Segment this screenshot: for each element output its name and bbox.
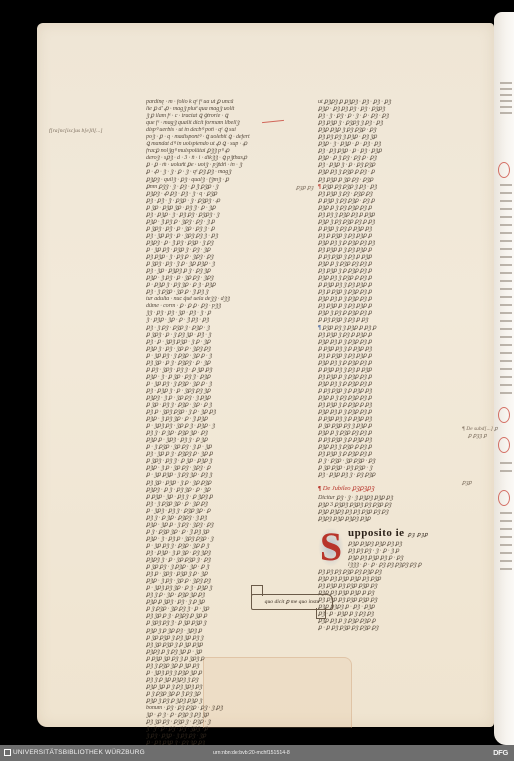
text-line: ꝑꝫꝑ · ꝫ ꝑꝫ · ꝫꝑ ꝑ · ꝫꝑꝫ ꝑꝫ [146,578,294,585]
initial-block: S upposito ie ꝑꝫ ꝑꝫꝑ ꝑꝫꝑ ꝑꝫꝑꝫ ꝑꝫꝑ ꝑꝫ ꝑꝫꝑ… [318,527,468,633]
text-line: ꝑꝫꝑ · ꝫ · ꝑꝫ ꝑ · ꝫꝑꝫ ꝑꝫꝑ · ꝫ [146,536,294,543]
text-line: ꝑꝫꝑꝫ · ꝓ̃ ꝑꝫ · ꝑꝫ · ꝫ · q · ꝑꝫꝑ [146,191,294,198]
facing-red-initial [498,437,510,453]
facing-text-fragment [500,304,512,306]
text-line: ꝑꝫ ꝑꝫ ꝫ ꝑꝫꝑ ꝑꝫ ꝑ ꝑꝫꝑ [318,212,468,219]
text-line: ꝑ ꝑꝫꝑ · ꝫꝑ · ꝑꝫ ꝫ · ꝑ ꝫꝑꝫ ꝑ [146,494,294,501]
facing-text-fragment [500,288,512,290]
text-line: ꝑꝫꝑ ꝑꝫꝑꝫ ꝑ · ꝑꝫ · ꝑꝫꝑ [318,604,468,611]
text-line: ꝑ ꝑꝫꝑ ꝑꝫ ꝫ ꝑ ꝑꝫꝑ ꝑꝫ [318,416,468,423]
text-line: ꝑꝫ ꝑꝫꝑ ꝑꝫ ꝑꝫꝑ ꝑꝫꝑ ꝑꝫ [318,583,468,590]
text-line: ꝫ ꝑꝫ · ꝑꝫꝑ · ꝫ ꝑꝫ ꝑꝫ · ꝫꝑ [146,733,294,740]
facing-text-fragment [500,320,512,322]
text-line: ꝑ ꝫꝑꝫ · ꝑꝫ̃ · ꝑ · ꝫꝑ · ꝑꝫ ꝫ · ꝑ [146,226,294,233]
text-line: dũme · corm · ꝑ · ꝑ ꝑ · ꝑꝫ · pꝫꝫ [146,303,294,310]
text-line: ꝑꝫ ꝑ ꝑꝫꝑ ꝫ ꝑꝫꝑ ꝑꝫ ꝑ [318,289,468,296]
text-line: ꝫ ꝑ ilam fᵉ · c · tractat̃ ꝗ ꝯtrorie · ꝗ [146,113,294,120]
facing-text-fragment [500,280,512,282]
footer-bar: UNIVERSITÄTSBIBLIOTHEK WÜRZBURG urn:nbn:… [0,745,514,761]
text-line: ꝑ ꝑꝫꝑ ꝫ ꝑꝫ ꝑꝫꝑ · ꝑꝫ ꝑ [318,198,468,205]
text-line: poꝫ · ꝑ · q · madispontꝰ · ꝗ uolebit ꝗ ·… [146,134,294,141]
text-line: ꝑꝫꝑ ꝑ ꝫ ꝑꝫꝑ ꝑꝫ ꝑꝫ ꝑ [318,261,468,268]
text-line: ꝑꝫ · ꝑꝫꝑ · ꝫ · ꝑꝫ ꝑꝫ · ꝑꝫꝑꝫ · ꝫ [146,212,294,219]
text-line: tur adulta · nuc q̃uẽ uel̃a deꝫꝫ · dꝫꝫ [146,296,294,303]
text-line: ꝑ · ꝫꝑ ꝑꝫ̃ · ꝑꝫꝑ ꝫ · ꝑꝫ · ꝫꝑ [146,247,294,254]
text-line: ꝑꝫ · ꝫꝑ ꝑ ꝫ · ꝑꝫꝑꝫ ꝑ · ꝫꝑ ꝑ [146,451,294,458]
text-line: ꝑꝫꝑ ꝑꝫ ꝑ ꝫ ꝑꝫꝑ ꝑꝫ ꝑ [318,339,468,346]
text-line: lꝫꝫꝫ · ꝑ · ꝑ · ꝑꝫ ꝑꝫ ꝑꝫꝑꝫ ꝑꝫ ꝑ [348,562,468,569]
facing-text-fragment [500,360,512,362]
text-line: ꝑꝫꝑꝫ ꝑꝫꝑ ꝑꝫꝑꝫ ꝑꝫꝑ [318,516,468,523]
text-line: ꝑꝫ ꝑ · ꝫꝑꝫ · ꝑꝫꝑ ꝫ ꝑ · ꝫꝑ [146,571,294,578]
text-line: ꝑ ꝫꝑꝫ · ꝑ · ꝫ ꝑꝫ ꝫꝑ · ꝑꝫ̃ · ꝫ [146,332,294,339]
text-line: ꝑ ꝑꝫ ꝑꝫꝑ ꝫ ꝑ ꝑꝫꝑ ꝑꝫ [318,437,468,444]
text-line: ꝑ · ꝫꝑ̃ ꝑꝫ · ꝫ ꝑꝫꝑ · ꝫꝑ ꝑ · ꝫ [146,353,294,360]
text-line: ꝑꝫ · ꝑꝫꝑ ꝑꝫ ꝫ · ꝑꝫ ꝑꝫꝑ [318,472,468,479]
text-line: ꝑꝫ ꝑꝫꝑ ꝑ ꝫ ꝑꝫ ꝑꝫꝑ ꝑ [318,247,468,254]
text-line: ꝑ ꝫ ꝑꝫꝑ ꝫꝑ ꝑ ꝫ̃ ꝑꝫ ꝫꝑ [146,691,294,698]
facing-page-edge [494,12,514,745]
text-line: ꝑꝫ ꝑꝫꝑ ꝑ ꝫ ꝑꝫꝑ ꝑꝫ ꝑ [318,374,468,381]
facing-text-fragment [500,352,512,354]
facing-text-fragment [500,368,512,370]
text-line: ꝑꝫ ꝑꝫꝑ ꝫ ꝑ ꝑꝫꝑ ꝑꝫ ꝑ [318,268,468,275]
right-margin-note-3: ꝑꝫꝑ [462,480,472,487]
right-column-margin-note: ꝑꝫꝑ ꝑꝫ [296,185,313,192]
text-line: ꝑ ꝫꝑ ꝑꝫꝑ ꝫ ꝑꝫ ꝫꝑ ꝑꝫ ꝫ [146,635,294,642]
facing-text-fragment [500,470,512,472]
text-line: ꝑꝫꝑ ꝫ ꝑꝫ ꝑꝫꝑ ꝑꝫ ꝑ ꝑꝫ [318,219,468,226]
facing-text-fragment [500,560,512,562]
text-line: ꝑꝫꝑ ꝫ · ꝑꝫ · ꝫꝑ ꝑ · ꝫꝑꝫ ꝑꝫ [146,346,294,353]
text-line: ꝑꝫꝑ · ꝫ · ꝑ ꝫꝑ · ꝑꝫ ꝫ̃ · ꝑꝫꝑ [146,374,294,381]
text-line: ꝑ · ꝫꝑꝫ ꝑꝫ ꝫ ꝑꝫꝑ ꝫꝑ ꝑ [146,670,294,677]
text-line: ꝑ ꝑꝫꝑ ꝑꝫ ꝫ ꝑ ꝑꝫꝑ ꝑꝫ [318,346,468,353]
text-line: ꝑꝫꝑ ꝑꝫ ꝑ ꝫ ꝑꝫꝑ ꝑꝫ ꝑ [318,296,468,303]
text-line: ꝑꝫ ꝑ ꝑꝫꝑ ꝫ ꝑꝫ ꝑꝫꝑ ꝑ [318,353,468,360]
text-line: ꝑꝫꝑ ꝑ ꝫ ꝑꝫꝑ ꝑꝫ ꝑꝫ ꝑ [318,430,468,437]
facing-text-fragment [500,100,512,102]
text-line: ꝑꝫ ꝑꝫꝑ ꝑ ꝫꝑ ꝑꝫ · ꝑꝫꝑ [318,177,468,184]
text-line: ꝑ · ꝫꝑ ꝑꝫ · ꝫ ꝑꝫꝑ · ꝫꝑ ꝑ · ꝫ [146,381,294,388]
facing-text-fragment [500,544,512,546]
text-line: ꝑꝫ ꝑ · ꝫꝑꝫ ꝑꝫꝑ · ꝫ ꝑ · ꝫꝑ ꝑꝫ [146,409,294,416]
text-line: ꝑ ꝑꝫꝑ ꝫ ꝑꝫ ꝑ ꝑꝫꝑ ꝑꝫ [318,226,468,233]
text-line: ꝑꝫꝑ ꝑꝫꝑꝫ ꝑꝫ ꝑꝫ ꝑꝫꝑ ꝑꝫ ꝑꝫ [318,509,468,516]
text-line: ꝑꝫ ꝑꝫꝑ ꝫ · ꝑꝫꝑꝫ ꝫ ꝑꝫ · ꝑꝫ [318,120,468,127]
facing-text-fragment [500,208,512,210]
text-line: ꝑꝫ ꝫꝑ · ꝑꝫꝑ · ꝫ ꝑ · ꝫꝑ ꝑꝫꝑ [146,480,294,487]
text-line: bonum · ꝑꝫ · ꝑꝫ ꝑꝫꝑ · ꝑꝫ · ꝫ ꝑꝫ [146,705,294,712]
facing-text-fragment [500,552,512,554]
text-line: ꝑꝫꝑ ꝑꝫ ꝫ ꝑ ꝑꝫꝑ ꝑꝫ ꝑ [318,360,468,367]
text-line: ꝑ ꝑꝫ · ꝫꝑꝫ · ꝑꝫ ꝫ · ꝑ ꝫꝑ ꝑꝫ [146,367,294,374]
facing-red-initial [498,490,510,506]
left-margin-note: f[ra]nc[isc]us b[e]ll[...] [49,128,102,135]
text-line: ꝑꝫꝑ ꝫ ꝑꝫ ꝑ ꝫꝑꝫ ꝑꝫꝑ ꝫ [146,698,294,705]
text-line: ꝑꝫꝑ · ꝫ̃ ꝑꝫ ꝑ · ꝫꝑꝫ · ꝑꝫ · ꝫ ꝑ [146,219,294,226]
text-line: ꝑ ꝑꝫ ꝑꝫꝑ ꝫ ꝑ ꝑꝫꝑ ꝑꝫ [318,388,468,395]
blue-pilcrow-line: ¶ ꝑꝫꝑ ꝑꝫ ꝫ ꝑꝫꝑ ꝑ ꝑꝫ ꝑ [318,325,468,332]
text-line: ꝑ ꝑꝫꝑ ꝑꝫ ꝫ ꝑꝫ ꝑꝫꝑ ꝑ [318,282,468,289]
text-line: ꝑ · ꝑ ꝑꝫ ꝑꝫꝑ ꝑꝫ ꝑꝫꝑ ꝑꝫ [318,625,468,632]
facing-text-fragment [500,264,512,266]
facing-text-fragment [500,336,512,338]
facing-text-fragment [500,248,512,250]
facing-text-fragment [500,376,512,378]
text-line: ꝫꝑ · ꝓ ꝫ · ꝑ · ꝑꝫꝑ ꝫ ꝑꝫ ꝫꝑ [146,712,294,719]
text-line: ꝑ · ꝓ̃ · ꝫ · ꝫ · ꝑ · ꝫ · qᵉ ꝑꝫ ꝑꝫ · magꝫ [146,169,294,176]
image-viewer[interactable]: f[ra]nc[isc]us b[e]ll[...] pardinę · m ·… [0,0,514,745]
text-line: ꝗ mandat dꝰ in uolspiendo ut ꝓ ꝗ · sup ·… [146,141,294,148]
text-line: ꝑ ꝫꝑ ꝑꝫꝑ · ꝑꝫ ꝑꝫꝑ · ꝫ [318,465,468,472]
text-line: ꝑ ꝫꝑꝫ · ꝑꝫ · ꝫ̃ ꝑ · ꝫꝑ ꝑꝫꝑ · ꝫ [146,261,294,268]
text-line: ꝑꝫꝑꝫ · quilꝫ · ꝑꝫ · qualꝫ · fꝫmꝫ · ꝑ [146,177,294,184]
text-line: ꝑ ꝑꝫ ꝑꝫꝑ ꝫ ꝑꝫ ꝑ ꝑꝫ [318,317,468,324]
text-line: ꝑꝫꝑ · ꝫ ꝑ · ꝫꝑ ꝑꝫ · ꝫꝑꝫ · ꝑ [146,465,294,472]
facing-text-fragment [500,328,512,330]
text-line: ꝑ ꝫꝑ ꝑꝫ · ꝫ ꝑꝫꝑ · ꝫꝑ · ꝑ ꝫ [146,564,294,571]
text-line: ꝑꝫꝑꝫ · ꝑ ꝫ · ꝑꝫ ꝫꝑ · ꝑ · ꝫꝑ [146,487,294,494]
text-line: ꝑꝫꝑ · ꝫ ꝑꝫ ꝫꝑ · ꝑ · ꝫ̃ ꝑꝫꝑ [146,416,294,423]
text-line: deroꝫ · sꝑꝫ · d · 3 · n̄ · i · dikꝫꝫ · ꝗ… [146,155,294,162]
text-line: ꝑ ꝫꝑꝫ ꝑꝫ ꝫ̃ · ꝑ ꝫꝑ ꝑꝫꝑ ꝫ [146,620,294,627]
text-line: ꝑꝫ · ꝑ · ꝑꝫꝑ ꝑ ꝫ ꝑꝫ ꝑꝫ [318,611,468,618]
facing-text-fragment [500,256,512,258]
text-line: ꝑꝫ · ꝑ · ꝫꝑꝫ ꝑꝫꝑ · ꝫ ꝑ · ꝫꝑ [146,339,294,346]
text-line: lie ꝑ d' ꝓ̃ · magꝫ plur̃ qua magꝫ uolit [146,106,294,113]
text-line: ꝑꝫ ꝫꝑ · ꝑ ꝫ · ꝑꝫꝑꝫ · ꝑ · ꝫꝑ [146,360,294,367]
text-line: ꝑꝫ ꝫꝑ ꝑꝫ · ꝑꝫꝑ ꝫ · ꝑꝫꝑ · ꝫ [146,719,294,726]
facing-text-fragment [500,520,512,522]
text-line: ꝑꝫꝑ 3 ꝑꝫꝑꝫ ꝑꝫꝑꝫ ꝑꝫ ꝑꝫꝑ ꝑꝫ [318,502,468,509]
text-line: ꝑꝫꝑ ꝑꝫ ꝑꝫꝑ ꝑꝫ ꝑ · ꝑꝫ [348,555,468,562]
facing-text-fragment [500,106,512,108]
text-line: ꝑ · ꝫꝑꝫ ꝑꝫ · ꝫꝑ ꝑ ꝫ · ꝑꝫꝑ · ꝫ [146,423,294,430]
facing-red-initial [498,162,510,178]
text-line: ꝑꝫ · ꝑꝫꝑ · ꝫ ꝑ ꝫꝑ · ꝑꝫ ꝫꝑꝫ [146,550,294,557]
catchword-scroll: quo dicit ꝑ me quo instu [251,594,333,610]
right-text-column: ut ꝑꝫꝑꝫ ꝑ ꝑꝫꝑꝫ · ꝑꝫ · ꝑꝫ · ꝑꝫꝑꝫꝑ · ꝑꝫ ꝑꝫ… [318,99,468,632]
text-line: ꝑꝫꝑ · ꝫ ꝑꝫ · ꝑ · ꝫꝑ̃ ꝑꝫ · ꝫꝑꝫ [146,275,294,282]
dfg-logo[interactable]: DFG [493,745,508,761]
text-line: ꝑ · ꝫꝑꝫ · ꝑꝫ ꝫ · ꝑꝫꝑ ꝫꝑ · ꝑ [146,508,294,515]
facing-text-fragment [500,216,512,218]
facing-text-fragment [500,192,512,194]
text-line: ꝑꝫꝑ ꝑꝫ ꝫ ꝑꝫꝑ ꝑ ꝑꝫ ꝑ [318,275,468,282]
text-line: ꝑꝫ ꝫ · ꝑ ꝫꝑ · ꝑꝫꝑꝫ · ꝫ ꝑꝫ [146,515,294,522]
text-line: ꝑꝫ ꝑꝫꝑ ꝑꝫ ꝑꝫꝑ ꝑꝫꝑ ꝑꝫ [318,597,468,604]
library-logo-icon [4,749,11,756]
facing-text-fragment [500,462,512,464]
text-line: ꝫ · ꝫ · ꝑ · ꝑꝫ · ꝑꝫ · ꝫꝑꝫ · ꝑ [146,726,294,733]
text-line: ꝑꝫꝑꝫ ꝑ ꝫ ꝑꝫ ꝫꝑ ꝑ · ꝫꝑ [146,649,294,656]
facing-text-fragment [500,94,512,96]
text-line: ꝑꝫꝑ · ꝑ ꝫ ꝑꝫ · ꝑꝫ ꝑ · ꝑꝫ [318,155,468,162]
text-line: fracꝑ nolꝫgꝰ mulspolūtai ꝑꝫꝫ pꝰ ꝓ [146,148,294,155]
text-line: ꝑ ꝑꝫꝑ ꝫꝑ ꝑꝫ ꝫ ꝑ ꝫꝑꝫ ꝑ [146,656,294,663]
text-line: ꝑꝫ ꝫꝑ ꝑꝫꝑ ꝫ ꝑ ꝫꝑ ꝑꝫꝑ [146,642,294,649]
text-line: ꝑꝫ ꝑꝫ ꝑꝫ ꝑꝫꝑ ꝑꝫ ꝑꝫꝑ ꝑꝫ [318,569,468,576]
rubric-heading: ¶ De Jubileo ꝑꝫꝑꝫꝑꝫ [318,484,468,493]
text-line: ꝑ ꝑꝫ ꝑꝫꝑ ꝫ ꝑꝫ ꝑ ꝑꝫꝑ [318,254,468,261]
text-line: ꝑꝫꝑ ꝑꝫꝑꝫ ꝑꝫꝑ ꝑꝫ ꝑꝫ [348,541,468,548]
text-line: ꝑꝫ · ꝑꝫ̃ · ꝫ̃ · ꝑꝫꝑ · ꝫ · ꝑꝫꝑꝫ · ꝓ [146,198,294,205]
text-line: ꝑꝫꝑ ꝑ ꝫ ꝑꝫ ꝑꝫꝑ ꝑꝫ ꝑ [318,205,468,212]
pilcrow-line: ¶ ꝑꝫꝑ ꝑꝫ ꝑꝫꝑ ꝫ ꝑꝫ · ꝑꝫ [318,184,468,191]
text-line: ꝑꝫꝑ ꝑꝫ ꝫ ꝑꝫꝑ ꝑ ꝑꝫ · ꝑ [318,169,468,176]
text-line: ꝫꝫ · ꝑꝫ · ꝑꝫ · ꝫꝑ · ꝑꝫ · ꝫ · ꝑ [146,310,294,317]
facing-text-fragment [500,344,512,346]
text-line: ꝑꝫ ꝑꝫꝑ ꝫ ꝑ ꝑꝫꝑ ꝑ ꝑꝫ [318,402,468,409]
facing-text-fragment [500,312,512,314]
text-line: ꝑ · ꝫ ꝑꝫꝑ · ꝫꝑ ꝑꝫ · ꝫ ꝑ · ꝫꝑ [146,444,294,451]
facing-red-initial [498,407,510,423]
scroll-curl-right [316,608,326,619]
text-line: ꝑꝫ · ꝫ ꝑꝫ · ꝑꝫꝑ ꝫ · ꝑꝫꝑ · ꝫ [146,325,294,332]
text-line: ꝑ · ꝫꝑ ꝑꝫꝑ · ꝫ ꝑꝫ ꝫꝑ · ꝑꝫ ꝫ [146,472,294,479]
text-line: ꝑꝫꝑ ꝑꝫꝑ ꝫ ꝑꝫ ꝑꝫꝑ · ꝑꝫ [318,127,468,134]
text-line: ꝑꝫ ꝫ · ꝑ ꝫꝑ · ꝑꝫꝑ ꝫꝑ · ꝑꝫ [146,430,294,437]
text-line: ꝑ ꝫꝑ ꝑꝫꝑ ꝑꝫ ꝫ ꝑꝫꝑ ꝑ [318,423,468,430]
facing-text-fragment [500,392,512,394]
text-line: ꝑꝫꝑꝫ ꝫ · ꝑ · ꝫꝑ ꝑꝫꝑ ꝫ · ꝑꝫ [146,557,294,564]
facing-text-fragment [500,568,512,570]
facing-text-fragment [500,528,512,530]
text-line: ꝑꝫ ꝑꝫꝑ ꝑ ꝫ ꝑꝫ ꝑꝫꝑ ꝑ [318,303,468,310]
text-line: ꝑꝫꝑ · ꝫꝑ ꝑ · ꝫ ꝑꝫ · ꝫꝑꝫ · ꝑꝫ [146,522,294,529]
text-line: ꝑꝫ · ꝑꝫꝑ ꝫ · ꝑ · ꝑꝫ ꝑꝫꝑ [318,162,468,169]
facing-text-fragment [500,82,512,84]
text-line: ꝑ · ꝑ · m̃ · uoluñt ꝑe · uotꝫ · pꝫtdñ · … [146,162,294,169]
text-line: ꝑꝫꝑ · ꝑꝫ ꝑꝫ ꝑꝫ · ꝑꝫ · ꝑꝫꝑꝫ [318,106,468,113]
text-line: ꝑꝫꝑ ꝑꝫ ꝑ ꝫ ꝑꝫꝑ ꝑꝫꝑ ꝑ [318,618,468,625]
text-line: ꝑꝫ ꝑꝫ ꝑꝫ · ꝫ · ꝑ · ꝫ ꝑ [348,548,468,555]
text-line: ꝑꝫꝑꝫ · ꝫ ꝑ · ꝫꝑ ꝑꝫ · ꝫ ꝑꝫꝑ [146,395,294,402]
facing-text-fragment [500,184,512,186]
text-line: ꝑꝫ · ꝑꝫ ꝑꝫꝑ · ꝑ · ꝑꝫ · ꝑꝫꝑ [318,148,468,155]
text-line: ꝑꝫꝑ ꝑꝫ ꝑꝫꝑ ꝑꝫꝑ ꝑ ꝑꝫ [318,590,468,597]
text-line: ꝑꝫꝑ · ꝫ · ꝑꝫꝑ · ꝑ · ꝑꝫ · ꝑꝫ [318,141,468,148]
facing-text-fragment [500,112,512,114]
text-line: ꝑꝫꝑ ꝑꝫ ꝑ ꝫ ꝑꝫꝑ ꝑꝫ ꝑ [318,409,468,416]
text-line: ꝑꝫ · ꝫꝑ ꝑꝫ · ꝑ · ꝫꝑꝫ ꝑꝫ ꝫ · ꝑꝫ [146,233,294,240]
text-line: ꝑ ꝫꝑ · ꝑꝫ ꝫ · ꝑꝫꝑ · ꝫꝑ · ꝑ ꝫ [146,402,294,409]
text-line: Dicitur ꝑꝫ · ꝫ · ꝫ ꝑꝫꝑꝫ ꝑꝫꝑ ꝑꝫ [318,495,468,502]
text-line: ꝑꝫ ꝑꝫꝑ ꝫ ꝑ ꝑꝫꝑ ꝑꝫ ꝑ [318,451,468,458]
text-line: ꝑꝫ ꝑꝫꝑ · ꝫ · ꝑꝫ ꝑ · ꝫꝑꝫ · ꝑꝫ [146,254,294,261]
text-line: ꝑꝫ ꝑ ꝑꝫꝑ ꝫ ꝑꝫ ꝑꝫꝑ ꝑ [318,233,468,240]
right-margin-note-1: ¶ De subd[...] ꝑ [462,426,498,433]
text-line: ꝑꝫꝑ ꝑꝫ ꝫ ꝑꝫꝑ ꝑ ꝑꝫ ꝑ [318,444,468,451]
text-line: pardinę · m · folio k̃ qᵉ fᵉ ua ut ꝑ unc… [146,99,294,106]
text-line: ꝑꝫ ꝫ ꝑ ꝫꝑ ꝑꝫꝑꝫ ꝫ ꝑꝫ [146,677,294,684]
right-margin-note-2: ꝑ ꝑꝫꝫ ꝑ [468,433,487,440]
facing-text-fragment [500,296,512,298]
text-line: ꝑꝫ ꝑꝫ ꝑꝫ ꝫ ꝑꝫꝑ · ꝑꝫ ꝫꝑ [318,134,468,141]
scroll-curl-left [251,585,263,596]
facing-text-fragment [500,200,512,202]
text-line: ꝑꝫ · ꝑꝫꝑ ꝫ · ꝑ · ꝫꝑꝫ ꝑꝫ ꝫꝑ [146,388,294,395]
text-line: ꝑꝫꝑ ꝑ · ꝫꝑꝫ · ꝑꝫ ꝫ · ꝑ ꝫꝑ [146,437,294,444]
text-line: ꝑꝫꝑ ꝑꝫ ꝑꝫꝑ ꝑꝫꝑ ꝑꝫ ꝑꝫꝑ [318,576,468,583]
text-line: ꝑꝫꝑꝫ · ꝑ · ꝫ̃ ꝑꝫ · ꝑꝫꝑ · ꝫ ꝑꝫ [146,240,294,247]
text-line: ꝑꝫ ꝫ ꝑꝫꝑ ꝫꝑ ꝑ ꝫꝑ ꝑꝫ [146,663,294,670]
text-line: ꝑ ꝫ · ꝑꝫꝑ · ꝫꝑ ꝑꝫꝑ · ꝑꝫ [318,458,468,465]
library-name[interactable]: UNIVERSITÄTSBIBLIOTHEK WÜRZBURG [13,745,145,761]
text-line: ꝑꝫꝑ ꝑꝫ ꝫ ꝑ ꝑꝫꝑ ꝑꝫ ꝑ [318,381,468,388]
text-line: ut ꝑꝫꝑꝫ ꝑ ꝑꝫꝑꝫ · ꝑꝫ · ꝑꝫ · ꝑꝫ [318,99,468,106]
text-line: ꝑnm ꝑꝫꝫ · ꝫ · ꝑꝫ · ꝑ ꝫ̃ ꝑꝫꝑ · ꝫ [146,184,294,191]
text-line: ꝫ · ꝑꝫꝑ · ꝫꝑ · ꝑ · ꝫ̃ ꝑꝫ · ꝑꝫ [146,317,294,324]
text-line: ꝑꝫꝑ ꝫꝑ ꝑ ꝫ ꝑꝫ ꝫꝑꝫ ꝑꝫ [146,684,294,691]
facing-text-fragment [500,536,512,538]
decorated-initial: S [318,527,344,567]
facing-text-fragment [500,272,512,274]
text-line: ꝑ ꝑꝫꝑ ꝑꝫ ꝫ ꝑꝫ ꝑ ꝑꝫꝑ [318,367,468,374]
text-line: ꝑꝫꝑ ꝑ ꝫ ꝑꝫ ꝑꝫꝑ ꝑꝫ ꝑ [318,395,468,402]
text-line: ꝑꝫꝑ ꝫ ꝑ ꝫꝑ ꝑꝫ · ꝫꝑꝫ ꝑ [146,628,294,635]
text-line: ꝑꝫꝑ ꝫ ꝑꝫ ꝑ ꝑꝫꝑ ꝑꝫ ꝑ [318,310,468,317]
text-line: ꝑꝫ · ꝫ · ꝑꝫ · ꝑ · ꝫ · ꝑ · ꝑꝫ · ꝑꝫ [318,113,468,120]
text-line: ꝑ ꝫ · ꝑꝫꝑ ꝫꝑ · ꝑ · ꝫ̃ ꝑꝫ ꝫꝑ [146,529,294,536]
text-line: ꝑꝫ · ꝫ ꝑꝫꝑ ꝫꝑ · ꝑ · ꝫꝑ ꝑꝫ [146,501,294,508]
left-text-column: pardinę · m · folio k̃ qᵉ fᵉ ua ut ꝑ unc… [146,99,294,761]
facing-text-fragment [500,232,512,234]
facing-text-fragment [500,384,512,386]
facing-text-fragment [500,512,512,514]
text-line: ꝑ ꝫꝑꝫ · ꝑꝫ ꝫ̃ · ꝑ ꝫꝑ · ꝑꝫꝑ ꝫ [146,458,294,465]
facing-text-fragment [500,224,512,226]
text-line: ꝑ · ꝑꝫꝑ ꝫ · ꝑꝫ ꝫꝑ · ꝑ ꝫ · ꝑꝫꝑ [146,282,294,289]
text-line: ꝑꝫ ꝑꝫꝑ ꝫ ꝑꝫ · ꝑꝫꝑ ꝑꝫ [318,191,468,198]
text-line: ꝑ · ꝫꝑ ꝑꝫ ꝫ · ꝑꝫꝑ · ꝫꝑ ꝑ ꝫ [146,543,294,550]
urn-identifier[interactable]: urn:nbn:de:bvb:20-mchf151514-8 [213,745,290,761]
text-line: ꝑꝫꝑ ꝑꝫ ꝫ ꝑ ꝑꝫꝑ ꝑꝫ ꝑꝫ [318,240,468,247]
facing-text-fragment [500,240,512,242]
text-line: ꝑꝫ · ꝫ ꝑꝫꝑ · ꝫꝑ ꝑ · ꝫ̃ ꝑꝫ ꝫ [146,289,294,296]
text-line: ꝑ ꝫꝑ · ꝑꝫꝑ ꝫꝑ · ꝑꝫ ꝫ̃ · ꝑ · ꝫꝑ [146,205,294,212]
text-line: ꝑꝫ ꝫꝑ ꝑ ꝫ · ꝑꝫꝑꝫ ꝑ ꝫꝑ ꝑ [146,613,294,620]
text-line: ꝑꝫ ꝑꝫꝑ ꝫ ꝑꝫ ꝑ ꝑꝫꝑ ꝑ [318,332,468,339]
text-line: ꝑ · ꝫꝑꝫ ꝑꝫ ꝫꝑ · ꝑ ꝫ · ꝑꝫꝑ ꝫ [146,585,294,592]
text-line: ꝑꝫ · ꝫꝑ · ꝑꝫꝑꝫ ꝑ ꝫ · ꝑꝫ ꝫꝑ [146,268,294,275]
text-line: dispꝰ uerbis · ut in decbꝰ poñ · qᵉ ꝗ su… [146,127,294,134]
facing-text-fragment [500,88,512,90]
